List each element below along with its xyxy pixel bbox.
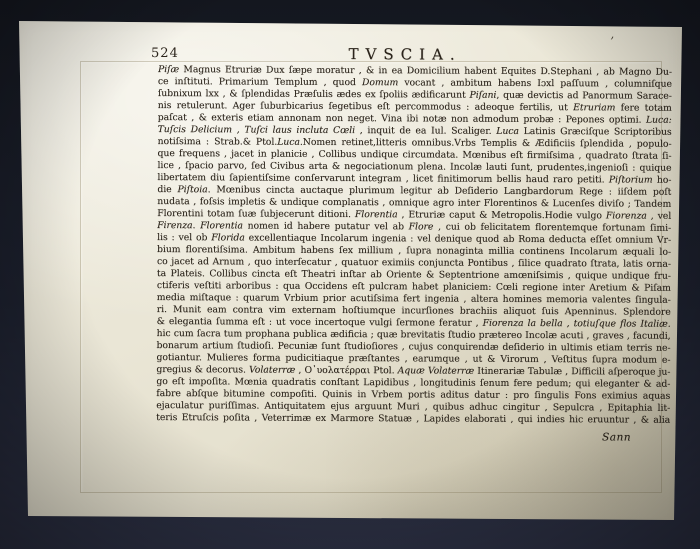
stray-ink-mark: ’ <box>610 34 614 48</box>
book-page-photo: 524 TVSCIA. ’ Piſæ Magnus Etruriæ Dux ſæ… <box>0 0 700 549</box>
text-block: Piſæ Magnus Etruriæ Dux ſæpe moratur , &… <box>156 64 672 427</box>
page-content: 524 TVSCIA. ’ Piſæ Magnus Etruriæ Dux ſæ… <box>0 0 700 549</box>
catchword: Sann <box>602 431 631 443</box>
text-line: teris Etruſcis poſita , Veterrimæ ex Mar… <box>156 412 670 427</box>
page-number: 524 <box>151 46 179 61</box>
running-title: TVSCIA. <box>348 45 461 64</box>
